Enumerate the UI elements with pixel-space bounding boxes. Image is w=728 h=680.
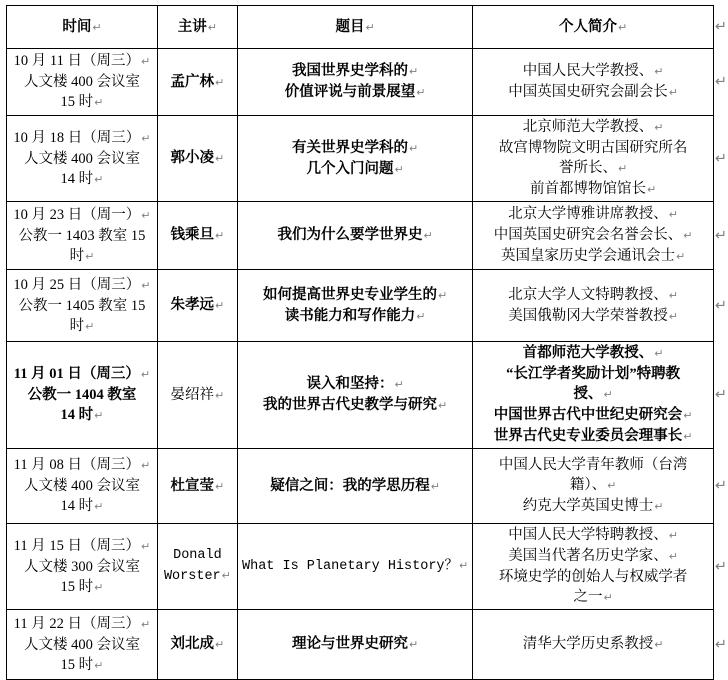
- topic-cell: 我们为什么要学世界史↵: [237, 202, 472, 270]
- topic-cell: 如何提高世界史专业学生的↵读书能力和写作能力↵: [237, 270, 472, 342]
- schedule-table: 时间↵ 主讲↵ 题目↵ 个人简介↵ ↵ 10 月 11 日（周三）↵人文楼 40…: [6, 5, 728, 680]
- return-mark-icon: ↵: [94, 96, 103, 109]
- cell-paragraph: 中国英国史研究会名誉会长、↵: [475, 225, 710, 246]
- return-mark-icon: ↵: [431, 480, 440, 493]
- header-time: 时间↵: [7, 6, 158, 49]
- cell-paragraph: 公教一 1404 教室14 时↵: [9, 385, 155, 426]
- cell-paragraph: 价值评说与前景展望↵: [240, 82, 470, 103]
- header-intro: 个人简介↵: [473, 6, 713, 49]
- intro-cell: 北京大学人文特聘教授、↵美国俄勒冈大学荣誉教授↵: [473, 270, 713, 342]
- time-cell: 11 月 15 日（周三）↵人文楼 300 会议室15 时↵: [7, 524, 158, 610]
- return-mark-icon: ↵: [669, 289, 678, 302]
- return-mark-icon: ↵: [222, 569, 231, 582]
- table-row: 11 月 08 日（周三）↵人文楼 400 会议室14 时↵杜宣莹↵疑信之间：我…: [7, 449, 728, 524]
- row-end-mark-icon: ↵: [713, 116, 727, 202]
- cell-paragraph: 公教一 1405 教室 15时↵: [9, 296, 155, 337]
- cell-paragraph: 11 月 01 日（周三）↵: [9, 364, 155, 385]
- return-mark-icon: ↵: [669, 310, 678, 323]
- return-mark-icon: ↵: [215, 480, 224, 493]
- cell-paragraph: 孟广林↵: [160, 72, 235, 93]
- return-mark-icon: ↵: [215, 76, 224, 89]
- cell-paragraph: 11 月 22 日（周三）↵: [9, 614, 155, 635]
- cell-paragraph: 人文楼 400 会议室14 时↵: [9, 476, 155, 517]
- table-row: 10 月 23 日（周一）↵公教一 1403 教室 15时↵钱乘旦↵我们为什么要…: [7, 202, 728, 270]
- return-mark-icon: ↵: [141, 279, 150, 292]
- cell-paragraph: 10 月 11 日（周三）↵: [9, 51, 155, 72]
- speaker-cell: 杜宣莹↵: [157, 449, 237, 524]
- return-mark-icon: ↵: [94, 500, 103, 513]
- header-speaker-label: 主讲: [178, 19, 207, 35]
- return-mark-icon: ↵: [85, 250, 94, 263]
- table-row: 10 月 25 日（周三）↵公教一 1405 教室 15时↵朱孝远↵如何提高世界…: [7, 270, 728, 342]
- return-mark-icon: ↵: [459, 559, 468, 572]
- return-mark-icon: ↵: [141, 55, 150, 68]
- topic-cell: 我国世界史学科的↵价值评说与前景展望↵: [237, 49, 472, 116]
- return-mark-icon: ↵: [208, 21, 217, 34]
- cell-paragraph: 中国人民大学青年教师（台湾籍）、↵: [475, 455, 710, 496]
- cell-paragraph: 10 月 18 日（周三）↵: [9, 128, 155, 149]
- return-mark-icon: ↵: [438, 399, 447, 412]
- cell-paragraph: 钱乘旦↵: [160, 225, 235, 246]
- cell-paragraph: 北京大学博雅讲席教授、↵: [475, 204, 710, 225]
- speaker-cell: 朱孝远↵: [157, 270, 237, 342]
- cell-paragraph: 中国人民大学特聘教授、↵: [475, 525, 710, 546]
- intro-cell: 中国人民大学特聘教授、↵美国当代著名历史学家、↵环境史学的创始人与权威学者之一↵: [473, 524, 713, 610]
- topic-cell: 疑信之间：我的学思历程↵: [237, 449, 472, 524]
- cell-paragraph: 人文楼 400 会议室14 时↵: [9, 149, 155, 190]
- cell-paragraph: 如何提高世界史专业学生的↵: [240, 285, 470, 306]
- return-mark-icon: ↵: [366, 21, 375, 34]
- cell-paragraph: 人文楼 300 会议室15 时↵: [9, 557, 155, 598]
- cell-paragraph: 清华大学历史系教授↵: [475, 634, 710, 655]
- cell-paragraph: 英国皇家历史学会通讯会士↵: [475, 246, 710, 267]
- return-mark-icon: ↵: [647, 183, 656, 196]
- cell-paragraph: 北京大学人文特聘教授、↵: [475, 285, 710, 306]
- return-mark-icon: ↵: [654, 638, 663, 651]
- cell-paragraph: DonaldWorster↵: [160, 546, 235, 587]
- return-mark-icon: ↵: [395, 378, 404, 391]
- return-mark-icon: ↵: [141, 540, 150, 553]
- cell-paragraph: 公教一 1403 教室 15时↵: [9, 226, 155, 267]
- cell-paragraph: 环境史学的创始人与权威学者之一↵: [475, 567, 710, 608]
- speaker-cell: 孟广林↵: [157, 49, 237, 116]
- return-mark-icon: ↵: [654, 65, 663, 78]
- return-mark-icon: ↵: [683, 409, 692, 422]
- return-mark-icon: ↵: [669, 208, 678, 221]
- cell-paragraph: 我的世界古代史教学与研究↵: [240, 395, 470, 416]
- topic-cell: 理论与世界史研究↵: [237, 610, 472, 680]
- table-row: 11 月 01 日（周三）↵公教一 1404 教室14 时↵晏绍祥↵误入和坚持：…: [7, 342, 728, 449]
- cell-paragraph: 晏绍祥↵: [160, 385, 235, 406]
- intro-cell: 北京大学博雅讲席教授、↵中国英国史研究会名誉会长、↵英国皇家历史学会通讯会士↵: [473, 202, 713, 270]
- intro-cell: 北京师范大学教授、↵故宫博物院文明古国研究所名誉所长、↵前首都博物馆馆长↵: [473, 116, 713, 202]
- return-mark-icon: ↵: [141, 618, 150, 631]
- speaker-cell: 刘北成↵: [157, 610, 237, 680]
- return-mark-icon: ↵: [438, 289, 447, 302]
- row-end-mark-icon: ↵: [713, 6, 727, 49]
- row-end-mark-icon: ↵: [713, 202, 727, 270]
- cell-paragraph: 误入和坚持：↵: [240, 374, 470, 395]
- return-mark-icon: ↵: [424, 229, 433, 242]
- return-mark-icon: ↵: [85, 320, 94, 333]
- cell-paragraph: 美国当代著名历史学家、↵: [475, 546, 710, 567]
- cell-paragraph: 中国人民大学教授、↵: [475, 61, 710, 82]
- time-cell: 10 月 11 日（周三）↵人文楼 400 会议室15 时↵: [7, 49, 158, 116]
- return-mark-icon: ↵: [215, 152, 224, 165]
- return-mark-icon: ↵: [654, 500, 663, 513]
- speaker-cell: 郭小凌↵: [157, 116, 237, 202]
- return-mark-icon: ↵: [618, 21, 627, 34]
- cell-paragraph: “长江学者奖励计划”特聘教授、↵: [475, 364, 710, 405]
- table-body: 10 月 11 日（周三）↵人文楼 400 会议室15 时↵孟广林↵我国世界史学…: [7, 49, 728, 680]
- return-mark-icon: ↵: [676, 250, 685, 263]
- return-mark-icon: ↵: [603, 388, 612, 401]
- row-end-mark-icon: ↵: [713, 49, 727, 116]
- cell-paragraph: 11 月 08 日（周三）↵: [9, 455, 155, 476]
- return-mark-icon: ↵: [669, 529, 678, 542]
- return-mark-icon: ↵: [409, 65, 418, 78]
- intro-cell: 首都师范大学教授、↵“长江学者奖励计划”特聘教授、↵中国世界古代中世纪史研究会↵…: [473, 342, 713, 449]
- topic-cell: 误入和坚持：↵我的世界古代史教学与研究↵: [237, 342, 472, 449]
- return-mark-icon: ↵: [215, 229, 224, 242]
- row-end-mark-icon: ↵: [713, 449, 727, 524]
- intro-cell: 清华大学历史系教授↵: [473, 610, 713, 680]
- header-topic: 题目↵: [237, 6, 472, 49]
- intro-cell: 中国人民大学青年教师（台湾籍）、↵约克大学英国史博士↵: [473, 449, 713, 524]
- cell-paragraph: 约克大学英国史博士↵: [475, 496, 710, 517]
- return-mark-icon: ↵: [141, 132, 150, 145]
- cell-paragraph: 我们为什么要学世界史↵: [240, 225, 470, 246]
- speaker-cell: 钱乘旦↵: [157, 202, 237, 270]
- return-mark-icon: ↵: [215, 299, 224, 312]
- return-mark-icon: ↵: [683, 430, 692, 443]
- cell-paragraph: 我国世界史学科的↵: [240, 61, 470, 82]
- return-mark-icon: ↵: [141, 459, 150, 472]
- cell-paragraph: 人文楼 400 会议室15 时↵: [9, 72, 155, 113]
- header-time-label: 时间: [62, 19, 91, 35]
- cell-paragraph: 10 月 25 日（周三）↵: [9, 275, 155, 296]
- return-mark-icon: ↵: [395, 163, 404, 176]
- cell-paragraph: 杜宣莹↵: [160, 476, 235, 497]
- return-mark-icon: ↵: [215, 638, 224, 651]
- cell-paragraph: What Is Planetary History？↵: [240, 556, 470, 577]
- cell-paragraph: 人文楼 400 会议室15 时↵: [9, 635, 155, 676]
- return-mark-icon: ↵: [94, 581, 103, 594]
- return-mark-icon: ↵: [669, 86, 678, 99]
- return-mark-icon: ↵: [654, 121, 663, 134]
- table-row: 10 月 11 日（周三）↵人文楼 400 会议室15 时↵孟广林↵我国世界史学…: [7, 49, 728, 116]
- return-mark-icon: ↵: [654, 347, 663, 360]
- cell-paragraph: 世界古代史专业委员会理事长↵: [475, 426, 710, 447]
- cell-paragraph: 疑信之间：我的学思历程↵: [240, 476, 470, 497]
- time-cell: 11 月 01 日（周三）↵公教一 1404 教室14 时↵: [7, 342, 158, 449]
- return-mark-icon: ↵: [683, 229, 692, 242]
- cell-paragraph: 有关世界史学科的↵: [240, 138, 470, 159]
- speaker-cell: DonaldWorster↵: [157, 524, 237, 610]
- cell-paragraph: 美国俄勒冈大学荣誉教授↵: [475, 306, 710, 327]
- time-cell: 10 月 18 日（周三）↵人文楼 400 会议室14 时↵: [7, 116, 158, 202]
- row-end-mark-icon: ↵: [713, 524, 727, 610]
- cell-paragraph: 朱孝远↵: [160, 295, 235, 316]
- return-mark-icon: ↵: [94, 173, 103, 186]
- return-mark-icon: ↵: [607, 479, 616, 492]
- cell-paragraph: 理论与世界史研究↵: [240, 634, 470, 655]
- cell-paragraph: 中国世界古代中世纪史研究会↵: [475, 405, 710, 426]
- return-mark-icon: ↵: [92, 21, 101, 34]
- header-intro-label: 个人简介: [559, 19, 617, 35]
- topic-cell: 有关世界史学科的↵几个入门问题↵: [237, 116, 472, 202]
- cell-paragraph: 前首都博物馆馆长↵: [475, 179, 710, 200]
- return-mark-icon: ↵: [94, 409, 103, 422]
- header-topic-label: 题目: [336, 19, 365, 35]
- intro-cell: 中国人民大学教授、↵中国英国史研究会副会长↵: [473, 49, 713, 116]
- cell-paragraph: 几个入门问题↵: [240, 159, 470, 180]
- cell-paragraph: 读书能力和写作能力↵: [240, 306, 470, 327]
- return-mark-icon: ↵: [409, 638, 418, 651]
- cell-paragraph: 刘北成↵: [160, 634, 235, 655]
- return-mark-icon: ↵: [409, 142, 418, 155]
- cell-paragraph: 北京师范大学教授、↵: [475, 117, 710, 138]
- return-mark-icon: ↵: [669, 550, 678, 563]
- time-cell: 10 月 25 日（周三）↵公教一 1405 教室 15时↵: [7, 270, 158, 342]
- time-cell: 10 月 23 日（周一）↵公教一 1403 教室 15时↵: [7, 202, 158, 270]
- return-mark-icon: ↵: [603, 591, 612, 604]
- row-end-mark-icon: ↵: [713, 270, 727, 342]
- table-row: 11 月 15 日（周三）↵人文楼 300 会议室15 时↵DonaldWors…: [7, 524, 728, 610]
- row-end-mark-icon: ↵: [713, 610, 727, 680]
- cell-paragraph: 中国英国史研究会副会长↵: [475, 82, 710, 103]
- header-row: 时间↵ 主讲↵ 题目↵ 个人简介↵ ↵: [7, 6, 728, 49]
- return-mark-icon: ↵: [94, 659, 103, 672]
- table-row: 11 月 22 日（周三）↵人文楼 400 会议室15 时↵刘北成↵理论与世界史…: [7, 610, 728, 680]
- cell-paragraph: 11 月 15 日（周三）↵: [9, 536, 155, 557]
- time-cell: 11 月 22 日（周三）↵人文楼 400 会议室15 时↵: [7, 610, 158, 680]
- document-page: 时间↵ 主讲↵ 题目↵ 个人简介↵ ↵ 10 月 11 日（周三）↵人文楼 40…: [0, 0, 728, 672]
- return-mark-icon: ↵: [215, 389, 224, 402]
- return-mark-icon: ↵: [618, 162, 627, 175]
- return-mark-icon: ↵: [141, 209, 150, 222]
- header-speaker: 主讲↵: [157, 6, 237, 49]
- row-end-mark-icon: ↵: [713, 342, 727, 449]
- return-mark-icon: ↵: [141, 368, 150, 381]
- table-row: 10 月 18 日（周三）↵人文楼 400 会议室14 时↵郭小凌↵有关世界史学…: [7, 116, 728, 202]
- topic-cell: What Is Planetary History？↵: [237, 524, 472, 610]
- time-cell: 11 月 08 日（周三）↵人文楼 400 会议室14 时↵: [7, 449, 158, 524]
- cell-paragraph: 故宫博物院文明古国研究所名誉所长、↵: [475, 138, 710, 179]
- speaker-cell: 晏绍祥↵: [157, 342, 237, 449]
- return-mark-icon: ↵: [416, 86, 425, 99]
- cell-paragraph: 首都师范大学教授、↵: [475, 343, 710, 364]
- cell-paragraph: 郭小凌↵: [160, 148, 235, 169]
- return-mark-icon: ↵: [416, 310, 425, 323]
- cell-paragraph: 10 月 23 日（周一）↵: [9, 205, 155, 226]
